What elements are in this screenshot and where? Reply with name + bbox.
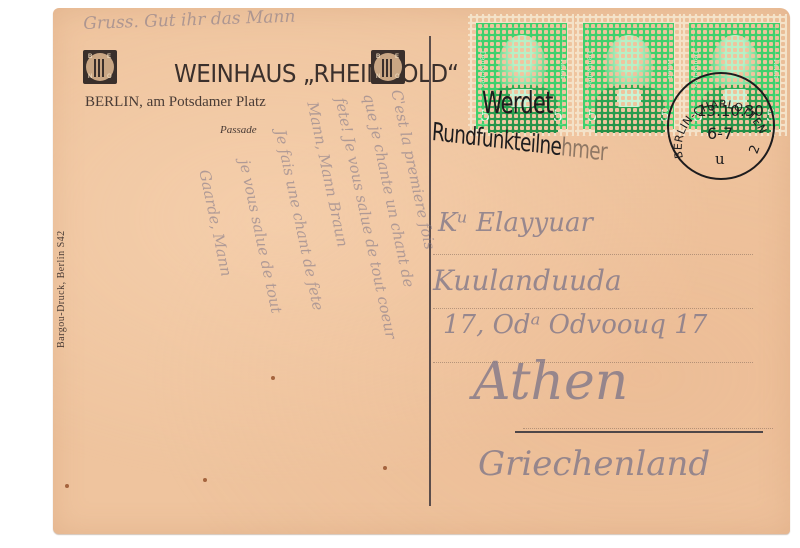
- address-underline: [515, 431, 763, 433]
- header-title: WEINHAUS „RHEINGOLD“: [174, 59, 459, 88]
- stamp-country-text: Deutsches: [478, 51, 486, 88]
- rheingold-logo-left-icon: BENO: [83, 50, 117, 84]
- address-line-2: Kuulanduuda: [433, 264, 622, 297]
- logo-letter: O: [107, 74, 112, 80]
- address-guide: [433, 254, 753, 255]
- logo-letter: B: [88, 54, 92, 60]
- logo-letter: E: [107, 54, 111, 60]
- postmark-time: 6-7: [707, 124, 733, 143]
- address-city: Athen: [473, 352, 628, 412]
- address-country: Griechenland: [478, 444, 710, 484]
- stamp-value: 5: [553, 106, 563, 125]
- rheingold-logo-right-icon: BENO: [371, 50, 405, 84]
- foxing-spot: [383, 466, 387, 470]
- logo-letter: N: [88, 74, 92, 80]
- stamp-country-text: Reich: [772, 59, 780, 79]
- slogan-cancel-line-1: Werdet: [482, 86, 553, 121]
- address-guide: [523, 428, 773, 429]
- logo-letter: E: [395, 54, 399, 60]
- address-line-3: 17, Odᵃ Odvoouq 17: [443, 310, 707, 340]
- stamp-value: 5: [587, 106, 597, 125]
- printer-imprint: Bargou-Druck, Berlin S42: [56, 230, 67, 348]
- postmark-date: 13.10.30: [697, 102, 764, 120]
- stamp-country-text: Deutsches: [585, 51, 593, 88]
- logo-letter: B: [376, 54, 380, 60]
- postmark: BERLIN-CHARLOTTENBURG 13.10.30 6-7 u 2: [667, 72, 775, 180]
- logo-letter: N: [376, 74, 380, 80]
- logo-letter: O: [395, 74, 400, 80]
- foxing-spot: [65, 484, 69, 488]
- postage-stamp-2: Deutsches Reich 5 5: [575, 14, 681, 136]
- foxing-spot: [271, 376, 275, 380]
- photo-caption: Passade: [220, 124, 257, 136]
- header-subtitle: BERLIN, am Potsdamer Platz: [85, 94, 266, 111]
- address-line-1: Kᵘ Elayyuar: [438, 208, 593, 238]
- slogan-cancel-faint-text: hmer: [560, 132, 607, 166]
- center-divider: [429, 36, 431, 506]
- stamp-country-text: Reich: [559, 59, 567, 79]
- postmark-code: u: [715, 150, 725, 168]
- foxing-spot: [203, 478, 207, 482]
- address-guide: [433, 308, 753, 309]
